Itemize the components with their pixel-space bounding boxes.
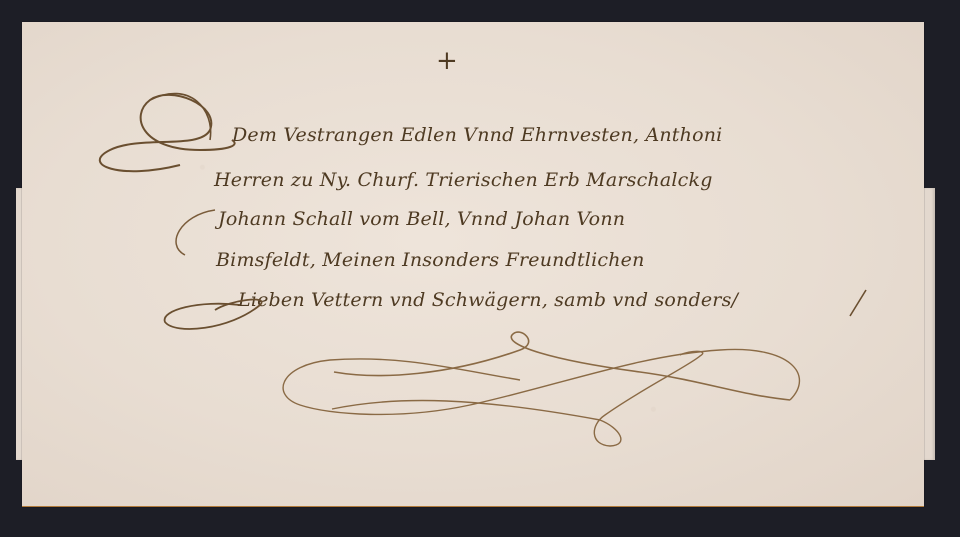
- calligraphic-flourishes: [0, 0, 960, 537]
